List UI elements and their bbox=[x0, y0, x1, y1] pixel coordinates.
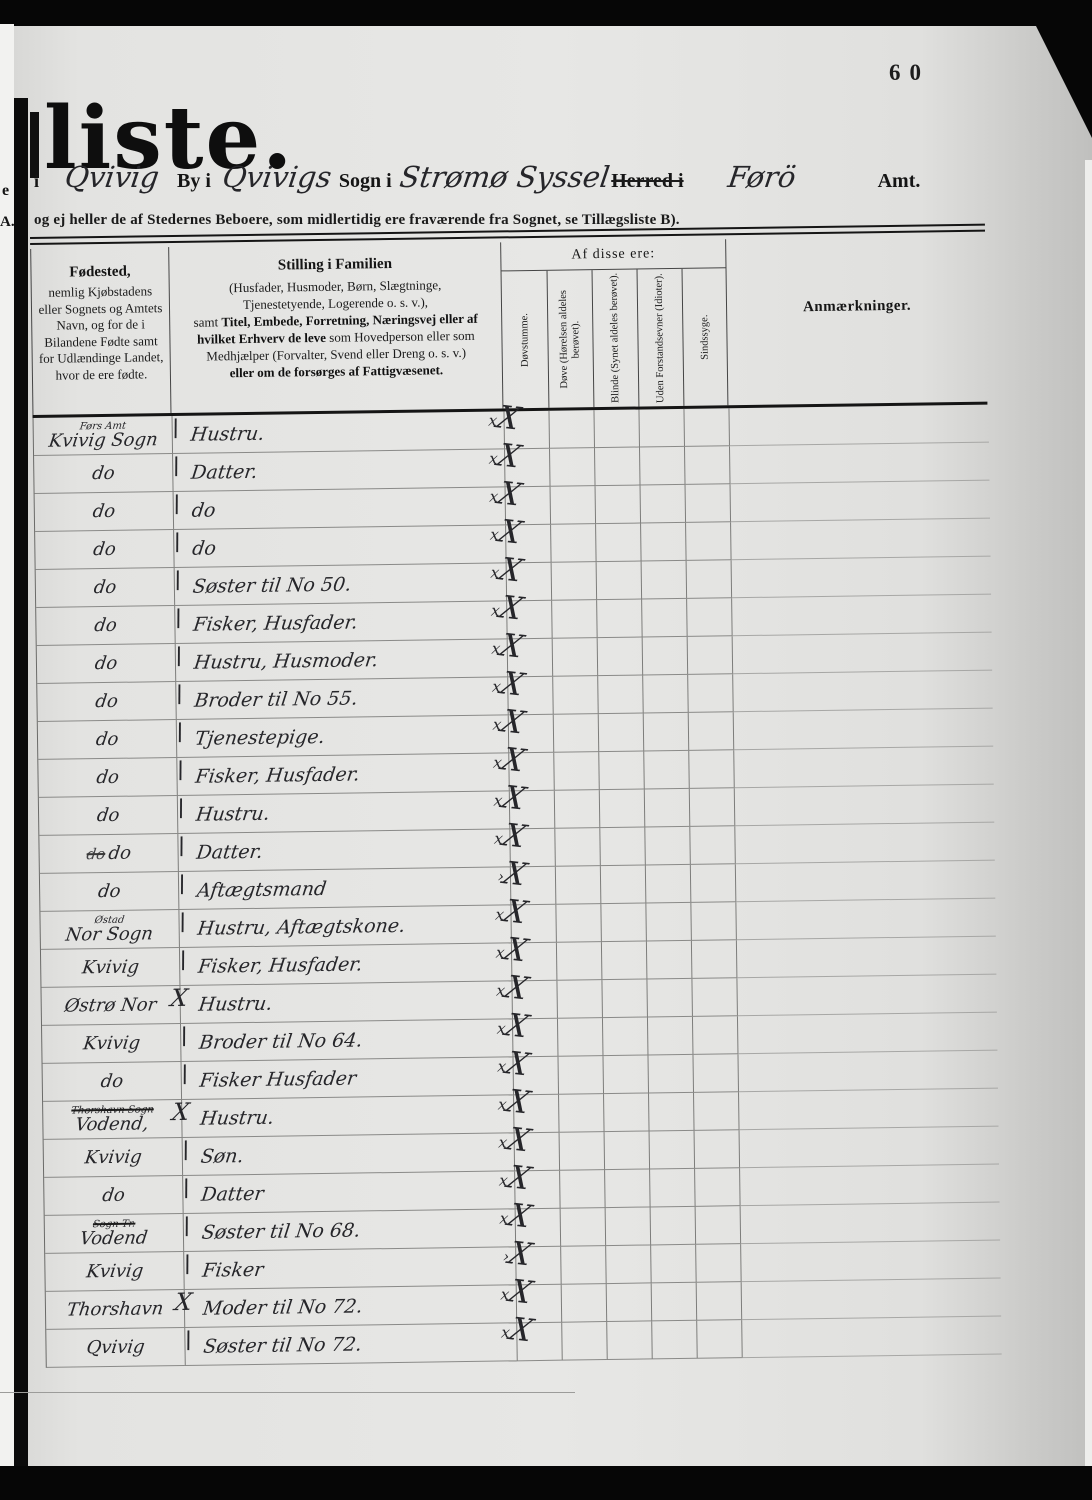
tally-mark-large: X bbox=[500, 820, 529, 852]
deaf-cell bbox=[561, 1322, 607, 1361]
remarks-cell bbox=[731, 557, 992, 599]
insane-cell bbox=[687, 636, 733, 675]
idiot-cell bbox=[645, 903, 691, 942]
birthplace-cell: do \ bbox=[43, 1062, 182, 1102]
birthplace-cell: do \ bbox=[34, 454, 173, 494]
blind-cell bbox=[604, 1169, 650, 1208]
tally-mark-large: X bbox=[494, 402, 523, 434]
birthplace-line: do bbox=[96, 768, 119, 787]
label-sogn: Sogn i bbox=[339, 170, 392, 193]
tally-marks: x X bbox=[489, 441, 520, 471]
table-header: Fødested, nemlig Kjøbstadens eller Sogne… bbox=[30, 236, 988, 415]
insane-cell bbox=[695, 1244, 741, 1283]
insane-cell bbox=[689, 826, 735, 865]
deaf-cell bbox=[559, 1170, 605, 1209]
birthplace-line: Kvivig Sogn bbox=[48, 430, 157, 451]
position-text: Fisker, Husfader. bbox=[194, 763, 361, 787]
birthplace-line: Kvivig bbox=[83, 1034, 140, 1054]
position-cell: Broder til No 64. x X bbox=[180, 1019, 512, 1062]
tally-marks: x X bbox=[490, 517, 521, 547]
deaf-cell bbox=[561, 1284, 607, 1323]
idiot-cell bbox=[647, 1017, 693, 1056]
birthplace-line: do bbox=[97, 806, 120, 825]
tally-marks: x X bbox=[491, 593, 522, 623]
insane-cell bbox=[685, 484, 731, 523]
tally-marks: x X bbox=[489, 403, 520, 433]
header-birthplace-line: hvor de ere fødte. bbox=[33, 366, 170, 384]
birthplace-cell: Førs Amt Kvivig Sogn \ bbox=[34, 416, 173, 456]
insane-cell bbox=[694, 1168, 740, 1207]
position-text: Moder til No 72. bbox=[202, 1295, 364, 1319]
tally-marks: x X bbox=[492, 631, 523, 661]
header-birthplace-line: Bilandene Fødte samt bbox=[32, 333, 169, 351]
birthplace-text: do bbox=[94, 692, 119, 711]
idiot-cell bbox=[640, 485, 686, 524]
tally-marks: x X bbox=[497, 1011, 528, 1041]
birthplace-cell: do \ bbox=[40, 872, 179, 912]
birthplace-line: Qvivig bbox=[86, 1338, 144, 1358]
position-cell: Hustru. x X bbox=[177, 791, 509, 834]
tally-marks: x X bbox=[494, 745, 525, 775]
birthplace-cell: Kvivig \ bbox=[45, 1252, 184, 1292]
position-cell: do x X bbox=[173, 525, 505, 568]
position-text: Datter bbox=[200, 1182, 265, 1205]
blind-cell bbox=[599, 827, 645, 866]
birthplace-text: do bbox=[95, 768, 120, 787]
position-text: Broder til No 55. bbox=[193, 687, 359, 711]
birthplace-cell: do \ bbox=[39, 796, 178, 836]
tally-mark-large: X bbox=[503, 1010, 532, 1042]
position-cell: Hustru, Aftægtskone. x X bbox=[178, 905, 510, 948]
header-birthplace-line: eller Sognets og Amtets bbox=[32, 300, 169, 318]
remarks-cell bbox=[737, 1051, 998, 1093]
deaf-cell bbox=[556, 980, 602, 1019]
position-text: do bbox=[191, 537, 217, 559]
position-text: Fisker, Husfader. bbox=[197, 953, 364, 977]
birthplace-line: Kvivig bbox=[84, 1148, 141, 1168]
birthplace-text: do bbox=[93, 616, 118, 635]
tally-mark-large: X bbox=[501, 934, 530, 966]
tally-marks: x X bbox=[498, 1049, 529, 1079]
position-cell: Broder til No 55. x X bbox=[175, 677, 507, 720]
position-text: Hustru, Husmoder. bbox=[193, 649, 380, 674]
deaf-cell bbox=[549, 448, 595, 487]
tally-marks: x X bbox=[493, 707, 524, 737]
insane-cell bbox=[694, 1130, 740, 1169]
position-cell: Aftægtsmand › X bbox=[178, 867, 510, 910]
birthplace-cell: do \ bbox=[36, 606, 175, 646]
remarks-cell bbox=[732, 633, 993, 675]
position-text: Datter. bbox=[195, 840, 264, 863]
deaf-cell bbox=[554, 790, 600, 829]
handwritten-town: Qvivig bbox=[51, 160, 174, 194]
position-text: Søster til No 68. bbox=[201, 1219, 362, 1243]
birthplace-text: Kvivig bbox=[82, 1034, 141, 1054]
idiot-cell bbox=[648, 1093, 694, 1132]
birthplace-line: Østrø Nor bbox=[65, 995, 157, 1015]
birthplace-text: Kvivig bbox=[81, 958, 140, 978]
tally-mark-large: X bbox=[506, 1238, 535, 1270]
cut-letter-a: A. bbox=[0, 214, 15, 231]
remarks-cell bbox=[737, 1013, 998, 1055]
scan-bottom-band bbox=[0, 1466, 1092, 1500]
tally-mark-large: X bbox=[499, 744, 528, 776]
blind-cell bbox=[598, 751, 644, 790]
birthplace-line: do bbox=[94, 616, 117, 635]
insane-cell bbox=[692, 1054, 738, 1093]
birthplace-text: Vodend bbox=[79, 1228, 149, 1248]
insane-cell bbox=[685, 522, 731, 561]
birthplace-text: Østrø Nor bbox=[64, 995, 158, 1015]
birthplace-cell: do \ bbox=[44, 1176, 183, 1216]
deaf-cell bbox=[556, 942, 602, 981]
position-text: Aftægtsmand bbox=[196, 877, 328, 901]
scan-right-edge bbox=[1085, 160, 1092, 1466]
blind-cell bbox=[605, 1207, 651, 1246]
header-disability-group: Af disse ere: Døvstumme. Døve (Hørelsen … bbox=[501, 239, 728, 408]
deaf-cell bbox=[553, 752, 599, 791]
remarks-cell bbox=[733, 709, 994, 751]
tally-mark-large: X bbox=[497, 630, 526, 662]
birthplace-line: do bbox=[96, 730, 119, 749]
birthplace-cell: do \ bbox=[37, 644, 176, 684]
tally-mark-large: X bbox=[495, 440, 524, 472]
idiot-cell bbox=[644, 789, 690, 828]
ditto-slash-mark: X bbox=[171, 1100, 191, 1124]
birthplace-text: do bbox=[92, 540, 117, 559]
birthplace-line: do bbox=[95, 654, 118, 673]
header-insane: Sindssyge. bbox=[682, 268, 729, 406]
insane-cell bbox=[695, 1206, 741, 1245]
header-birthplace: Fødested, nemlig Kjøbstadens eller Sogne… bbox=[31, 247, 171, 415]
tally-mark-large: X bbox=[498, 668, 527, 700]
tally-mark-large: X bbox=[496, 516, 525, 548]
birthplace-text: Thorshavn bbox=[66, 1299, 165, 1319]
birthplace-cell: Thorshavn X bbox=[46, 1290, 185, 1330]
tally-marks: › X bbox=[503, 1239, 531, 1269]
deaf-cell bbox=[557, 1018, 603, 1057]
idiot-cell bbox=[639, 447, 685, 486]
position-cell: Datter. x X bbox=[177, 829, 509, 872]
tally-marks: x X bbox=[499, 1163, 530, 1193]
birthplace-line: do bbox=[93, 540, 116, 559]
position-cell: Datter. x X bbox=[172, 449, 504, 492]
idiot-cell bbox=[642, 637, 688, 676]
blind-cell bbox=[597, 637, 643, 676]
insane-cell bbox=[690, 902, 736, 941]
birthplace-text: do bbox=[101, 1186, 126, 1205]
deaf-cell bbox=[552, 638, 598, 677]
tally-mark-large: X bbox=[496, 554, 525, 586]
position-cell: Søster til No 50. x X bbox=[174, 563, 506, 606]
blind-cell bbox=[596, 600, 642, 639]
idiot-cell bbox=[638, 409, 684, 448]
birthplace-line: do bbox=[92, 464, 115, 483]
idiot-cell bbox=[641, 599, 687, 638]
blind-cell bbox=[601, 979, 647, 1018]
tally-marks: › X bbox=[498, 859, 526, 889]
label-by: By i bbox=[177, 170, 211, 193]
deaf-cell bbox=[554, 828, 600, 867]
position-cell: Fisker, Husfader. x X bbox=[176, 753, 508, 796]
tally-mark-large: X bbox=[507, 1314, 536, 1346]
remarks-cell bbox=[729, 443, 990, 485]
birthplace-text: do bbox=[95, 730, 120, 749]
birthplace-line: Vodend, bbox=[76, 1114, 149, 1134]
insane-cell bbox=[688, 712, 734, 751]
remarks-cell bbox=[741, 1317, 1002, 1359]
remarks-cell bbox=[736, 937, 997, 979]
tally-marks: x X bbox=[491, 555, 522, 585]
birthplace-cell: Kvivig \ bbox=[44, 1138, 183, 1178]
remarks-cell bbox=[728, 405, 989, 447]
position-cell: Hustru. x X bbox=[179, 981, 511, 1024]
tally-marks: x X bbox=[495, 821, 526, 851]
tally-marks: x X bbox=[496, 897, 527, 927]
deaf-cell bbox=[550, 524, 596, 563]
tally-marks: x X bbox=[490, 479, 521, 509]
birthplace-text: Nor Sogn bbox=[65, 924, 155, 944]
scan-left-edge bbox=[0, 24, 14, 1466]
position-text: Hustru. bbox=[197, 992, 273, 1015]
birthplace-text: do bbox=[107, 844, 132, 863]
deaf-cell bbox=[550, 486, 596, 525]
tally-mark-large: X bbox=[505, 1200, 534, 1232]
birthplace-line: do bbox=[94, 578, 117, 597]
position-cell: Søster til No 68. x X bbox=[183, 1209, 515, 1252]
deaf-cell bbox=[560, 1208, 606, 1247]
tally-marks: x X bbox=[498, 1087, 529, 1117]
remarks-cell bbox=[730, 519, 991, 561]
tally-mark-large: X bbox=[505, 1162, 534, 1194]
birthplace-text: do bbox=[94, 654, 119, 673]
idiot-cell bbox=[650, 1207, 696, 1246]
idiot-cell bbox=[646, 941, 692, 980]
remarks-cell bbox=[735, 861, 996, 903]
blind-cell bbox=[605, 1245, 651, 1284]
birthplace-text: Kvivig bbox=[83, 1148, 142, 1168]
position-text: Søn. bbox=[199, 1145, 245, 1168]
position-cell: Fisker Husfader x X bbox=[181, 1057, 513, 1100]
blind-cell bbox=[600, 865, 646, 904]
header-birthplace-title: Fødested, bbox=[31, 263, 168, 282]
remarks-cell bbox=[738, 1089, 999, 1131]
position-text: Tjenestepige. bbox=[194, 725, 326, 749]
header-deaf: Døve (Hørelsen aldeles berøvet). bbox=[547, 270, 594, 408]
tally-mark-large: X bbox=[500, 858, 529, 890]
birthplace-text: Kvivig bbox=[85, 1262, 144, 1282]
idiot-cell bbox=[647, 1055, 693, 1094]
position-cell: Datter x X bbox=[182, 1171, 514, 1214]
header-deaf-mute: Døvstumme. bbox=[502, 271, 549, 409]
blind-label: Blinde (Synet aldeles berøvet). bbox=[609, 273, 623, 403]
birthplace-text: Kvivig Sogn bbox=[47, 430, 158, 451]
header-birthplace-line: nemlig Kjøbstadens bbox=[32, 283, 169, 301]
tally-mark-large: X bbox=[502, 972, 531, 1004]
position-text: Hustru. bbox=[195, 802, 271, 825]
idiot-cell bbox=[649, 1169, 695, 1208]
insane-cell bbox=[691, 978, 737, 1017]
deaf-cell bbox=[548, 410, 594, 449]
birthplace-cell: do \ bbox=[38, 720, 177, 760]
birthplace-cell: Østrø Nor X bbox=[41, 986, 180, 1026]
position-text: Søster til No 72. bbox=[202, 1333, 363, 1357]
deaf-cell bbox=[551, 562, 597, 601]
tally-mark-large: X bbox=[499, 782, 528, 814]
idiot-cell bbox=[650, 1245, 696, 1284]
birthplace-text: do bbox=[99, 1072, 124, 1091]
handwritten-county: Førö bbox=[689, 160, 834, 194]
remarks-label: Anmærkninger. bbox=[803, 297, 911, 316]
tally-mark-large: X bbox=[503, 1048, 532, 1080]
idiot-cell bbox=[644, 827, 690, 866]
idiot-cell bbox=[643, 751, 689, 790]
tally-marks: x X bbox=[496, 935, 527, 965]
header-blind: Blinde (Synet aldeles berøvet). bbox=[592, 270, 639, 408]
birthplace-text: do bbox=[91, 502, 116, 521]
position-cell: Søn. x X bbox=[182, 1133, 514, 1176]
deaf-cell bbox=[552, 676, 598, 715]
deaf-cell bbox=[557, 1056, 603, 1095]
tally-marks: x X bbox=[493, 669, 524, 699]
insane-cell bbox=[687, 674, 733, 713]
birthplace-cell: do \ bbox=[35, 530, 174, 570]
tally-marks: x X bbox=[494, 783, 525, 813]
deaf-cell bbox=[559, 1132, 605, 1171]
idiot-cell bbox=[651, 1321, 697, 1360]
birthplace-line: Nor Sogn bbox=[66, 924, 153, 944]
disability-column-labels: Døvstumme. Døve (Hørelsen aldeles berøve… bbox=[502, 268, 728, 408]
header-birthplace-line: for Udlændinge Landet, bbox=[33, 349, 170, 367]
tally-mark-large: X bbox=[498, 706, 527, 738]
census-table: Fødested, nemlig Kjøbstadens eller Sogne… bbox=[30, 224, 1001, 1377]
form-prefix: i bbox=[34, 171, 39, 192]
position-cell: Moder til No 72. x X bbox=[184, 1285, 516, 1328]
position-text: Datter. bbox=[190, 460, 259, 483]
birthplace-text: do bbox=[97, 882, 122, 901]
header-position-title: Stilling i Familien bbox=[169, 254, 500, 276]
remarks-cell bbox=[734, 823, 995, 865]
tally-mark-large: X bbox=[504, 1124, 533, 1156]
birthplace-cell: Qvivig \ bbox=[46, 1328, 185, 1368]
deaf-cell bbox=[551, 600, 597, 639]
idiot-cell bbox=[649, 1131, 695, 1170]
birthplace-line: Kvivig bbox=[82, 958, 139, 978]
birthplace-line: Kvivig bbox=[86, 1262, 143, 1282]
insane-cell bbox=[688, 750, 734, 789]
book-spine-bar bbox=[14, 98, 28, 1466]
position-text: Søster til No 50. bbox=[192, 573, 353, 597]
tally-marks: x X bbox=[502, 1315, 533, 1345]
blind-cell bbox=[602, 1017, 648, 1056]
header-birthplace-line: Navn, og for de i bbox=[32, 316, 169, 334]
table-tail-line bbox=[0, 1392, 575, 1393]
blind-cell bbox=[595, 524, 641, 563]
blind-cell bbox=[602, 1055, 648, 1094]
blind-cell bbox=[599, 789, 645, 828]
idiot-cell bbox=[642, 675, 688, 714]
position-cell: Fisker › X bbox=[183, 1247, 515, 1290]
header-af-disse: Af disse ere: bbox=[501, 239, 725, 271]
position-text: Fisker bbox=[201, 1258, 265, 1281]
birthplace-line: do bbox=[102, 1186, 125, 1205]
position-text: Hustru. bbox=[199, 1106, 275, 1129]
tally-mark-large: X bbox=[504, 1086, 533, 1118]
remarks-cell bbox=[740, 1241, 1001, 1283]
birthplace-text: do bbox=[93, 578, 118, 597]
idiot-cell bbox=[640, 523, 686, 562]
remarks-cell bbox=[732, 671, 993, 713]
insane-cell bbox=[686, 560, 732, 599]
birthplace-cell: do do \ bbox=[39, 834, 178, 874]
position-cell: Hustru. x X bbox=[172, 411, 504, 454]
tally-marks: x X bbox=[501, 1277, 532, 1307]
position-cell: Fisker, Husfader. x X bbox=[179, 943, 511, 986]
idiot-cell bbox=[643, 713, 689, 752]
position-cell: Hustru, Husmoder. x X bbox=[175, 639, 507, 682]
insane-cell bbox=[696, 1320, 742, 1359]
insane-cell bbox=[691, 940, 737, 979]
ditto-slash-mark: X bbox=[173, 1290, 193, 1314]
tally-marks: x X bbox=[499, 1125, 530, 1155]
deaf-label: Døve (Hørelsen aldeles berøvet). bbox=[558, 273, 584, 405]
blind-cell bbox=[603, 1093, 649, 1132]
tally-mark-large: X bbox=[497, 592, 526, 624]
insane-cell bbox=[692, 1016, 738, 1055]
position-cell: Tjenestepige. x X bbox=[176, 715, 508, 758]
position-text: Hustru. bbox=[189, 422, 265, 445]
blind-cell bbox=[594, 448, 640, 487]
birthplace-cell: Kvivig \ bbox=[42, 1024, 181, 1064]
birthplace-cell: do \ bbox=[36, 568, 175, 608]
label-amt: Amt. bbox=[878, 170, 921, 193]
deaf-cell bbox=[555, 866, 601, 905]
insane-cell bbox=[693, 1092, 739, 1131]
position-cell: do x X bbox=[173, 487, 505, 530]
birthplace-text: do bbox=[91, 464, 116, 483]
birthplace-line: do bbox=[100, 1072, 123, 1091]
handwritten-parish: Qvivigs bbox=[219, 160, 336, 194]
location-form-line: i Qvivig By i Qvivigs Sogn i Strømø Syss… bbox=[34, 160, 934, 208]
remarks-cell bbox=[736, 975, 997, 1017]
exclusion-note: og ej heller de af Stedernes Beboere, so… bbox=[34, 212, 680, 229]
idiot-cell bbox=[641, 561, 687, 600]
insane-cell bbox=[686, 598, 732, 637]
remarks-cell bbox=[734, 785, 995, 827]
blind-cell bbox=[593, 410, 639, 449]
page-number: 60 bbox=[889, 60, 930, 86]
remarks-cell bbox=[741, 1279, 1002, 1321]
birthplace-text: Vodend, bbox=[75, 1114, 151, 1134]
insane-cell bbox=[696, 1282, 742, 1321]
position-cell: Søster til No 72. x X bbox=[184, 1323, 516, 1366]
birthplace-cell: Sogn Tr. Vodend \ bbox=[45, 1214, 184, 1254]
deaf-mute-label: Døvstumme. bbox=[519, 313, 532, 367]
birthplace-line: Vodend bbox=[80, 1228, 148, 1248]
birthplace-cell: do \ bbox=[38, 758, 177, 798]
position-text: Fisker Husfader bbox=[198, 1067, 357, 1091]
birthplace-line: Thorshavn bbox=[67, 1299, 164, 1319]
header-idiot: Uden Forstandsevner (Idioter). bbox=[637, 269, 684, 407]
tally-mark-large: X bbox=[501, 896, 530, 928]
blind-cell bbox=[606, 1321, 652, 1360]
blind-cell bbox=[604, 1131, 650, 1170]
blind-cell bbox=[596, 562, 642, 601]
tally-marks: x X bbox=[500, 1201, 531, 1231]
remarks-cell bbox=[735, 899, 996, 941]
tally-mark-large: X bbox=[495, 478, 524, 510]
insane-cell bbox=[689, 788, 735, 827]
